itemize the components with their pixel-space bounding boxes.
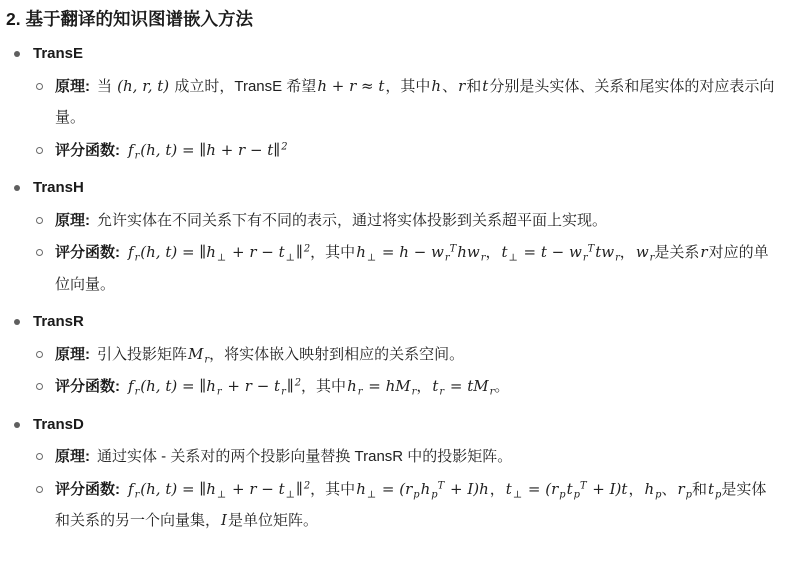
principle-text: 原理:当 (h, r, t) 成立时，TransE 希望h + r ≈ t，其中… xyxy=(55,71,778,134)
principle-label: 原理: xyxy=(55,78,90,95)
method-item-transe: TransE xyxy=(6,38,778,70)
score-text: 评分函数:fr(h, t) = ∥h⊥ + r − t⊥∥2，其中h⊥ = (r… xyxy=(55,474,778,537)
score-formula: fr(h, t) = ∥h⊥ + r − t⊥∥2，其中h⊥ = (rphpT … xyxy=(55,481,766,530)
score-label: 评分函数: xyxy=(55,378,120,395)
score-item: 评分函数:fr(h, t) = ∥h⊥ + r − t⊥∥2，其中h⊥ = (r… xyxy=(6,474,778,537)
bullet-hollow-icon xyxy=(36,83,43,90)
score-label: 评分函数: xyxy=(55,481,120,498)
principle-body: 当 (h, r, t) 成立时，TransE 希望h + r ≈ t，其中h、r… xyxy=(55,78,774,127)
bullet-hollow-icon xyxy=(36,486,43,493)
method-name: TransD xyxy=(33,409,84,441)
score-label: 评分函数: xyxy=(55,142,120,159)
method-item-transr: TransR xyxy=(6,306,778,338)
principle-text: 原理:通过实体 - 关系对的两个投影向量替换 TransR 中的投影矩阵。 xyxy=(55,441,778,473)
score-formula: fr(h, t) = ∥h + r − t∥2 xyxy=(127,142,288,159)
bullet-hollow-icon xyxy=(36,249,43,256)
principle-body: 允许实体在不同关系下有不同的表示，通过将实体投影到关系超平面上实现。 xyxy=(97,212,607,229)
score-text: 评分函数:fr(h, t) = ∥hr + r − tr∥2，其中hr = hM… xyxy=(55,371,778,403)
score-item: 评分函数:fr(h, t) = ∥h + r − t∥2 xyxy=(6,135,778,167)
score-text: 评分函数:fr(h, t) = ∥h + r − t∥2 xyxy=(55,135,778,167)
score-item: 评分函数:fr(h, t) = ∥hr + r − tr∥2，其中hr = hM… xyxy=(6,371,778,403)
score-formula: fr(h, t) = ∥h⊥ + r − t⊥∥2，其中h⊥ = h − wrT… xyxy=(55,244,769,293)
score-formula: fr(h, t) = ∥hr + r − tr∥2，其中hr = hMr，tr … xyxy=(127,378,509,395)
score-text: 评分函数:fr(h, t) = ∥h⊥ + r − t⊥∥2，其中h⊥ = h … xyxy=(55,237,778,300)
page-title: 2. 基于翻译的知识图谱嵌入方法 xyxy=(6,6,778,32)
method-item-transh: TransH xyxy=(6,172,778,204)
bullet-hollow-icon xyxy=(36,351,43,358)
principle-item: 原理:允许实体在不同关系下有不同的表示，通过将实体投影到关系超平面上实现。 xyxy=(6,205,778,237)
bullet-filled-icon xyxy=(14,185,20,191)
principle-label: 原理: xyxy=(55,212,90,229)
method-name: TransE xyxy=(33,38,83,70)
principle-label: 原理: xyxy=(55,448,90,465)
principle-item: 原理:通过实体 - 关系对的两个投影向量替换 TransR 中的投影矩阵。 xyxy=(6,441,778,473)
bullet-hollow-icon xyxy=(36,217,43,224)
bullet-hollow-icon xyxy=(36,453,43,460)
method-item-transd: TransD xyxy=(6,409,778,441)
score-label: 评分函数: xyxy=(55,244,120,261)
bullet-filled-icon xyxy=(14,51,20,57)
bullet-filled-icon xyxy=(14,422,20,428)
method-name: TransH xyxy=(33,172,84,204)
principle-label: 原理: xyxy=(55,346,90,363)
document-body: { "page": { "title": "2. 基于翻译的知识图谱嵌入方法" … xyxy=(0,0,798,585)
bullet-hollow-icon xyxy=(36,383,43,390)
document-content: 2. 基于翻译的知识图谱嵌入方法 TransE 原理:当 (h, r, t) 成… xyxy=(0,0,798,537)
principle-body: 通过实体 - 关系对的两个投影向量替换 TransR 中的投影矩阵。 xyxy=(97,448,512,465)
bullet-filled-icon xyxy=(14,319,20,325)
principle-body: 引入投影矩阵Mr，将实体嵌入映射到相应的关系空间。 xyxy=(97,346,464,363)
principle-text: 原理:允许实体在不同关系下有不同的表示，通过将实体投影到关系超平面上实现。 xyxy=(55,205,778,237)
principle-item: 原理:引入投影矩阵Mr，将实体嵌入映射到相应的关系空间。 xyxy=(6,339,778,371)
bullet-hollow-icon xyxy=(36,147,43,154)
method-name: TransR xyxy=(33,306,84,338)
principle-item: 原理:当 (h, r, t) 成立时，TransE 希望h + r ≈ t，其中… xyxy=(6,71,778,134)
score-item: 评分函数:fr(h, t) = ∥h⊥ + r − t⊥∥2，其中h⊥ = h … xyxy=(6,237,778,300)
principle-text: 原理:引入投影矩阵Mr，将实体嵌入映射到相应的关系空间。 xyxy=(55,339,778,371)
